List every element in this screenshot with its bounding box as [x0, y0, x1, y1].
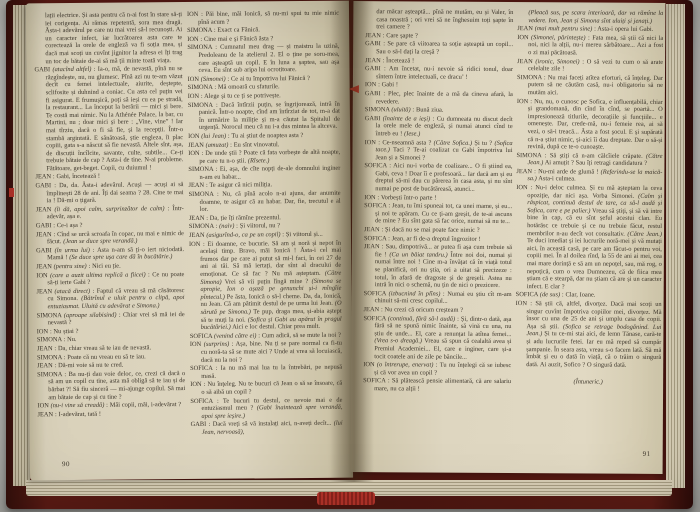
dialogue-line: ION : Ce-nseamnă asta ? (Către Sofica.) …: [364, 139, 512, 163]
dialogue-line: ION (care a auzit ultima replică a fiice…: [36, 271, 184, 287]
dialogue-line: SIMONA : Ei, așa, de cîte nopți de-ale d…: [188, 165, 340, 182]
dialogue-line: SOFICA (venind către ei) : Cum adică, să…: [190, 331, 342, 340]
dialogue-line: JEAN : I-adevărat, tată !: [37, 410, 185, 419]
dialogue-line: JEAN : Care șapte ?: [365, 32, 513, 40]
left-page-column-2: ION : Păi bine, măi Ionică, să nu-mi spu…: [187, 10, 343, 461]
dialogue-line: SIMONA : Nu.: [37, 335, 185, 344]
edge-mark-icon: [9, 188, 14, 197]
dialogue-line: SOFICA (de sus) : Clar, Ioane.: [516, 291, 662, 299]
page-number-right: 91: [643, 450, 651, 458]
spine-headband: [317, 492, 375, 505]
dialogue-line: ION (Simonei, părintește) : Fata mea, să…: [517, 34, 663, 58]
dialogue-line: ION : Nu știai ?: [37, 327, 185, 336]
dialogue-line: ION : Cine mai e și Fănică ăsta ?: [187, 34, 339, 43]
dialogue-line: JEAN : Dă-mi voie să nu te cred.: [37, 361, 185, 370]
dialogue-line: GABI (atacînd altfel) : Ia-o, mă, de nev…: [34, 65, 183, 173]
dialogue-line: JEAN (îi dă, apoi calm, surprinzător de …: [36, 205, 184, 221]
left-page: lații electrice. Și asta pentru că n-ai …: [26, 1, 353, 481]
dialogue-line: GABI : Ce-i așa ?: [36, 221, 184, 230]
dialogue-line: JEAN : Gabi, încetează !: [35, 173, 183, 182]
dialogue-line: ION : Nu-i deloc culmea. Și eu mă aștept…: [516, 184, 663, 291]
dialogue-line: JEAN (asigurînd-o, ca pe un copil) : Și …: [189, 231, 341, 240]
dialogue-line: GABI (înainte de a ieși) : Cu dumneata n…: [365, 115, 513, 139]
dialogue-line: ION (Simonei) : Ce ai tu împotriva lui F…: [188, 74, 340, 83]
page-edges-right: [666, 4, 685, 488]
dialogue-line: ION (o întrerupe, enervat) : Tu nu înțel…: [363, 361, 511, 377]
dialogue-line: JEAN (mai mult pentru sine) : Asta-i ope…: [517, 25, 663, 33]
dialogue-line: JEAN : Te asigur că nici miliția.: [188, 181, 340, 190]
dialogue-line: SIMONA : Exact ca Fănică.: [187, 26, 339, 35]
dialogue-line: SOFICA (izbucnind în plîns) : Numai eu ș…: [364, 290, 512, 306]
dialogue-line: ION : Nu înțeleg. Nu te bucuri că Jean o…: [190, 380, 342, 397]
left-page-column-1: lații electrice. Și asta pentru că n-ai …: [34, 11, 186, 454]
dialogue-line: GABI : Se pare că viitoarea ta soție așt…: [365, 40, 513, 56]
dialogue-line: GABI : Am încetat, nu-i nevoie să ridici…: [365, 65, 513, 81]
dialogue-line: GABI : Da, da. Ăsta-i adevărul. Acuși — …: [35, 181, 183, 205]
dialogue-line: GABI : Dacă vreți să vă instalați aici, …: [191, 420, 343, 437]
page-number-left: 90: [62, 460, 70, 468]
dialogue-line: ION : Alege și tu ce ți se potrivește.: [188, 92, 340, 101]
dialogue-line: ION : Ei doamne, ce bucurie. Să am și no…: [189, 239, 342, 331]
dialogue-line: ION (surprins) : Așa, bine. Nu ți se par…: [190, 340, 342, 364]
dialogue-line: JEAN : Nu-mi arde de glumă ! (Referindu-…: [516, 168, 662, 184]
dialogue-line: JEAN : Cînd se urcă scroafa în copac, nu…: [36, 230, 184, 246]
dialogue-line: SIMONA : Ba nu-ți dau voie deloc, ce, cr…: [37, 370, 185, 402]
dialogue-line: SOFICA : Ia nu mă mai lua tu la întrebăr…: [190, 364, 342, 381]
dialogue-line: ION : Gabi !: [365, 81, 513, 89]
dialogue-line: SIMONA : Poate că nu vreau eu să te iau.: [37, 353, 185, 362]
dialogue-line: SOFICA (continuă, fără să-l audă) : Și, …: [363, 315, 511, 361]
dialogue-line: JEAN : Încetează !: [365, 57, 513, 65]
dialogue-line: JEAN (amuzat) : Eu sînt vinovatul.: [188, 140, 340, 149]
book-photo: lații electrice. Și asta pentru că n-ai …: [0, 0, 700, 512]
dialogue-line: JEAN (atacă direct) : Faptul că vreau să…: [36, 287, 184, 311]
dialogue-line: ION : Să știi că, altfel, divorțez. Dacă…: [515, 300, 661, 369]
dialogue-line: SOFICA : Jean, tu îmi spuneai tot, ca un…: [364, 202, 512, 226]
dialogue-line: SIMONA : Cumnatul meu drag — și maistru …: [187, 43, 339, 75]
dialogue-line: ION (lui Jean) : Tu ai știut de noaptea …: [188, 132, 340, 141]
dialogue-line: lații electrice. Și asta pentru că n-ai …: [34, 11, 182, 65]
dialogue-line: (Întuneric.): [515, 378, 661, 386]
dialogue-line: GABI : Plec, plec înainte de a mă da cin…: [365, 90, 513, 106]
dialogue-line: SOFICA : Să plătească pensie alimentară,…: [363, 377, 511, 393]
dialogue-line: SIMONA (aproape silabisind) : Chiar vrei…: [37, 311, 185, 327]
right-page: dar măcar așteaptă... pînă ne mutăm, eu …: [351, 1, 666, 474]
right-page-column-1: dar măcar așteaptă... pînă ne mutăm, eu …: [363, 8, 514, 461]
dialogue-line: ION : Nu, nu, o cunosc pe Sofica, e infl…: [517, 98, 663, 152]
dialogue-line: SOFICA : Aici nu-i vorba de coalizare...…: [364, 162, 512, 193]
dialogue-line: SIMONA (uluită) : Bună ziua.: [365, 106, 513, 114]
dialogue-line: ION (nu-i vine să creadă) : Măi copii, m…: [37, 401, 185, 410]
dialogue-line: JEAN : Da, ție îți rămîne prezentul.: [189, 214, 341, 223]
dialogue-line: JEAN : Nu crezi că oricum creșteam ?: [364, 306, 512, 314]
dialogue-line: JEAN (pentru sine) : Nici eu ție.: [36, 262, 184, 271]
dialogue-line: SOFICA : Jean, ar fi de-a dreptul îngroz…: [364, 235, 512, 243]
dialogue-line: SIMONA : Mă omoară cu sfaturile.: [188, 83, 340, 92]
dialogue-line: SOFICA : Te bucuri tu destul, ce nevoie …: [190, 396, 342, 420]
dialogue-line: JEAN (ironic, Simonei) : O să vezi tu cu…: [517, 58, 663, 74]
margin-arrow-icon: [349, 85, 359, 93]
dialogue-line: SIMONA : Nu, că pînă acolo n-ai ajuns, d…: [189, 190, 341, 214]
dialogue-line: SIMONA : Să știți că n-am călcîiele crăp…: [516, 152, 662, 168]
dialogue-line: ION : De unde știi ? Poate că fata vorbe…: [188, 149, 340, 166]
dialogue-line: (Pleacă sus, pe scara interioară, dar va…: [517, 9, 663, 25]
right-page-column-2: (Pleacă sus, pe scara interioară, dar va…: [515, 9, 664, 460]
dialogue-line: dar măcar așteaptă... pînă ne mutăm, eu …: [365, 8, 513, 32]
dialogue-line: GABI (în urma lui) : Asta n-am să ți-o i…: [36, 246, 184, 262]
dialogue-line: SIMONA : Nu mai faceți atîtea eforturi, …: [517, 74, 663, 98]
dialogue-line: SIMONA : Dacă întîrzii puțin, se îngrijo…: [188, 100, 340, 132]
dialogue-line: JEAN : Și dacă nu se mai poate face nimi…: [364, 226, 512, 234]
dialogue-line: ION : Vorbești într-o parte !: [364, 194, 512, 202]
dialogue-line: ION : Păi bine, măi Ionică, să nu-mi spu…: [187, 10, 339, 27]
dialogue-line: JEAN : Da, chiar vreau să te iau de neva…: [37, 344, 185, 353]
dialogue-line: JEAN : Sau, dimpotrivă... ar putea fi aș…: [364, 243, 512, 289]
dialogue-line: SIMONA : (naiv) : Și viitorul, nu ?: [189, 222, 341, 231]
